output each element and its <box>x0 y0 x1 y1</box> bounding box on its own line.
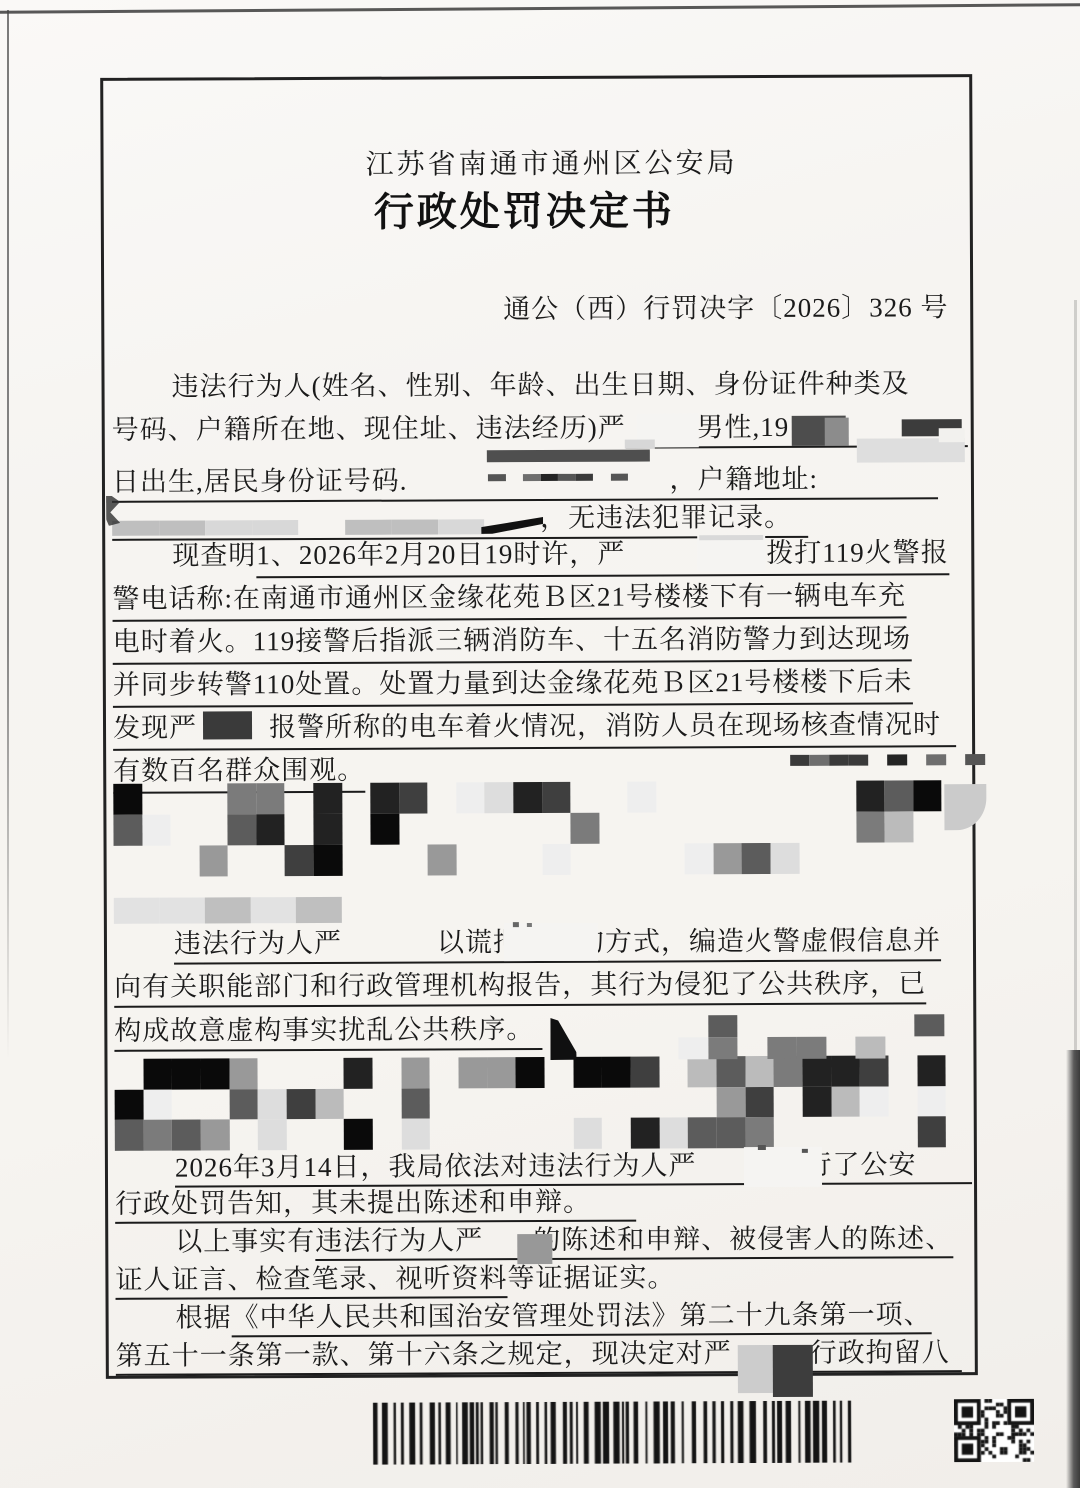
redaction-patch <box>697 535 765 571</box>
body-line-p4l2: 行政处罚告知，其未提出陈述和申辩。 <box>115 1186 636 1224</box>
redaction-patch <box>802 1149 808 1153</box>
body-line-p4l1: 2026年3月14日，我局依法对违法行为人严进行了公安 <box>175 1148 972 1187</box>
body-line-p2l4: 并同步转警110处置。处置力量到达金缘花苑Ｂ区21号楼楼下后未 <box>113 662 913 707</box>
body-line-p5l1: 以上事实有违法行为人严的陈述和申辩、被侵害人的陈述、 <box>175 1222 953 1261</box>
filled-in-segment: 行政处罚告知，其未提出陈述和申辩。 <box>115 1186 636 1224</box>
document-title: 行政处罚决定书 <box>374 187 675 236</box>
redaction-patch <box>517 1234 552 1264</box>
redaction-patch <box>527 923 532 927</box>
text-segment: 2026年3月14日，我局依法对违法行为人严 <box>175 1150 697 1182</box>
text-segment: 第五十一条第一款、第十六条之规定，现决定对严 <box>116 1338 732 1371</box>
text-segment: 警电话称:在南通市通州区金缘花苑Ｂ区21号楼楼下有一辆电车充 <box>112 580 906 613</box>
filled-in-segment: 1、2026年2月20日19时许，严酒后拨打119火警报 <box>256 533 949 578</box>
redaction-patch <box>744 1147 822 1187</box>
redaction-mosaic-p3-right <box>649 1014 973 1059</box>
issuer-text: 江苏省南通市通州区公安局 <box>366 148 738 181</box>
filled-in-segment: 电时着火。119接警后指派三辆消防车、十五名消防警力到达现场 <box>113 619 912 664</box>
filled-in-segment: 证人证言、检查笔录、视听资料 <box>115 1262 507 1300</box>
redaction-mosaic-band-a <box>113 780 970 877</box>
body-line-p2l3: 电时着火。119接警后指派三辆消防车、十五名消防警力到达现场 <box>113 619 912 664</box>
redaction-patch <box>699 535 763 540</box>
redaction-patch <box>944 784 986 830</box>
body-line-p6l2: 第五十一条第一款、第十六条之规定，现决定对严行政拘留八 <box>116 1336 962 1376</box>
text-segment: 违法行为人严 <box>174 928 342 959</box>
redaction-mosaic-band-b <box>114 1055 974 1151</box>
text-segment: 向有关职能部门和行政管理机构报告，其行为侵犯了公共秩序，已 <box>114 968 926 1002</box>
filled-in-segment: 第五十一条第一款、第十六条之规定，现决定对严行政拘留八 <box>116 1336 962 1376</box>
body-line-p2l1: 现查明1、2026年2月20日19时许，严酒后拨打119火警报 <box>172 533 949 578</box>
text-segment: 行政拘留八 <box>810 1337 950 1368</box>
body-line-p3l2: 向有关职能部门和行政管理机构报告，其行为侵犯了公共秩序，已 <box>114 965 926 1008</box>
filled-in-segment: 向有关职能部门和行政管理机构报告，其行为侵犯了公共秩序，已 <box>114 965 926 1008</box>
redaction-patch <box>773 1345 813 1397</box>
redaction-patch <box>203 711 252 739</box>
text-segment: ,男性,19 <box>689 412 790 442</box>
redaction-strip-address <box>112 519 484 536</box>
redaction-patch <box>939 428 965 442</box>
filled-in-segment: 2026年3月14日，我局依法对违法行为人严进行了公安 <box>175 1148 972 1187</box>
text-segment: ，户籍地址: <box>669 464 818 495</box>
text-segment: 等证据证实。 <box>507 1262 675 1293</box>
text-segment: 《中华人民共和国治安管理处罚法》第二十九条第一项、 <box>232 1299 932 1332</box>
text-segment: 现查明 <box>172 540 256 570</box>
issuer-name: 江苏省南通市通州区公安局 <box>366 147 738 183</box>
body-line-p5l2: 证人证言、检查笔录、视听资料等证据证实。 <box>115 1261 675 1299</box>
body-line-p1l3: 日出生,居民身份证号码.，户籍地址: <box>112 460 938 503</box>
document-number-text: 通公（西）行罚决字〔2026〕326 号 <box>503 292 948 324</box>
text-segment: 1、2026年2月20日19时许，严 <box>256 539 625 571</box>
redaction-patch <box>504 923 598 961</box>
filled-in-segment: 《中华人民共和国治安管理处罚法》第二十九条第一项、 <box>232 1298 932 1337</box>
scan-edge-right-faint <box>1074 300 1077 1060</box>
text-segment: 电时着火。119接警后指派三辆消防车、十五名消防警力到达现场 <box>113 623 912 656</box>
text-segment: 报警所称的电车着火情况，消防人员在现场核查情况时 <box>269 709 941 742</box>
body-line-p6l1: 根据《中华人民共和国治安管理处罚法》第二十九条第一项、 <box>176 1298 932 1337</box>
text-segment: 号码、户籍所在地、现住址、违法经历)严 <box>112 413 626 445</box>
filled-in-segment: 警电话称:在南通市通州区金缘花苑Ｂ区21号楼楼下有一辆电车充 <box>112 576 906 621</box>
text-segment: 违法行为人(姓名、性别、年龄、出生日期、身份证件种类及 <box>171 368 909 401</box>
scan-edge-left <box>7 10 9 1060</box>
redaction-patch <box>758 1145 766 1150</box>
text-segment: 发现严 <box>113 712 197 742</box>
text-segment: 有数百名群众围观。 <box>113 755 365 786</box>
text-segment: 行政处罚告知，其未提出陈述和申辩。 <box>115 1187 591 1219</box>
barcode <box>371 1401 853 1465</box>
filled-in-segment: 构成故意虚构事实扰乱公共秩序。 <box>114 1011 542 1052</box>
filled-in-segment: 日出生,居民身份证号码.，户籍地址: <box>112 460 938 503</box>
body-line-p2l2: 警电话称:在南通市通州区金缘花苑Ｂ区21号楼楼下有一辆电车充 <box>112 576 906 621</box>
redaction-dots-above-band-a <box>770 754 985 766</box>
text-segment: 以上事实有 <box>175 1226 315 1257</box>
redaction-strip-above-p3 <box>114 897 342 924</box>
text-segment: 根据 <box>176 1302 232 1332</box>
body-line-p1l1: 违法行为人(姓名、性别、年龄、出生日期、身份证件种类及 <box>171 365 909 404</box>
redaction-patch <box>825 418 849 446</box>
body-line-p3l3: 构成故意虚构事实扰乱公共秩序。 <box>114 1011 542 1052</box>
text-segment: 违法行为人严 <box>315 1225 483 1256</box>
title-text: 行政处罚决定书 <box>374 188 675 234</box>
text-segment: 构成故意虚构事实扰乱公共秩序。 <box>114 1014 534 1046</box>
text-segment: 的陈述和申辩、被侵害人的陈述、 <box>533 1223 953 1255</box>
redaction-patch <box>487 450 650 463</box>
redaction-patch <box>513 922 519 927</box>
scan-edge-right-shadow <box>1066 1050 1080 1488</box>
redaction-dashes-id-number <box>488 474 646 482</box>
filled-in-segment: 并同步转警110处置。处置力量到达金缘花苑Ｂ区21号楼楼下后未 <box>113 662 913 707</box>
text-segment: 并同步转警110处置。处置力量到达金缘花苑Ｂ区21号楼楼下后未 <box>113 666 913 699</box>
text-segment: ，无违法犯罪记录。 <box>540 502 792 533</box>
filled-in-segment: 违法行为人严的陈述和申辩、被侵害人的陈述、 <box>315 1222 953 1261</box>
document-number: 通公（西）行罚决字〔2026〕326 号 <box>503 290 948 326</box>
qr-code <box>954 1399 1034 1462</box>
document-body: 江苏省南通市通州区公安局 行政处罚决定书 通公（西）行罚决字〔2026〕326 … <box>0 0 1080 1488</box>
text-segment: 日出生,居民身份证号码. <box>112 466 408 497</box>
scanned-document-page: 江苏省南通市通州区公安局 行政处罚决定书 通公（西）行罚决字〔2026〕326 … <box>0 0 1080 1488</box>
text-segment: 证人证言、检查笔录、视听资料 <box>115 1263 507 1295</box>
redaction-patch <box>625 439 655 448</box>
